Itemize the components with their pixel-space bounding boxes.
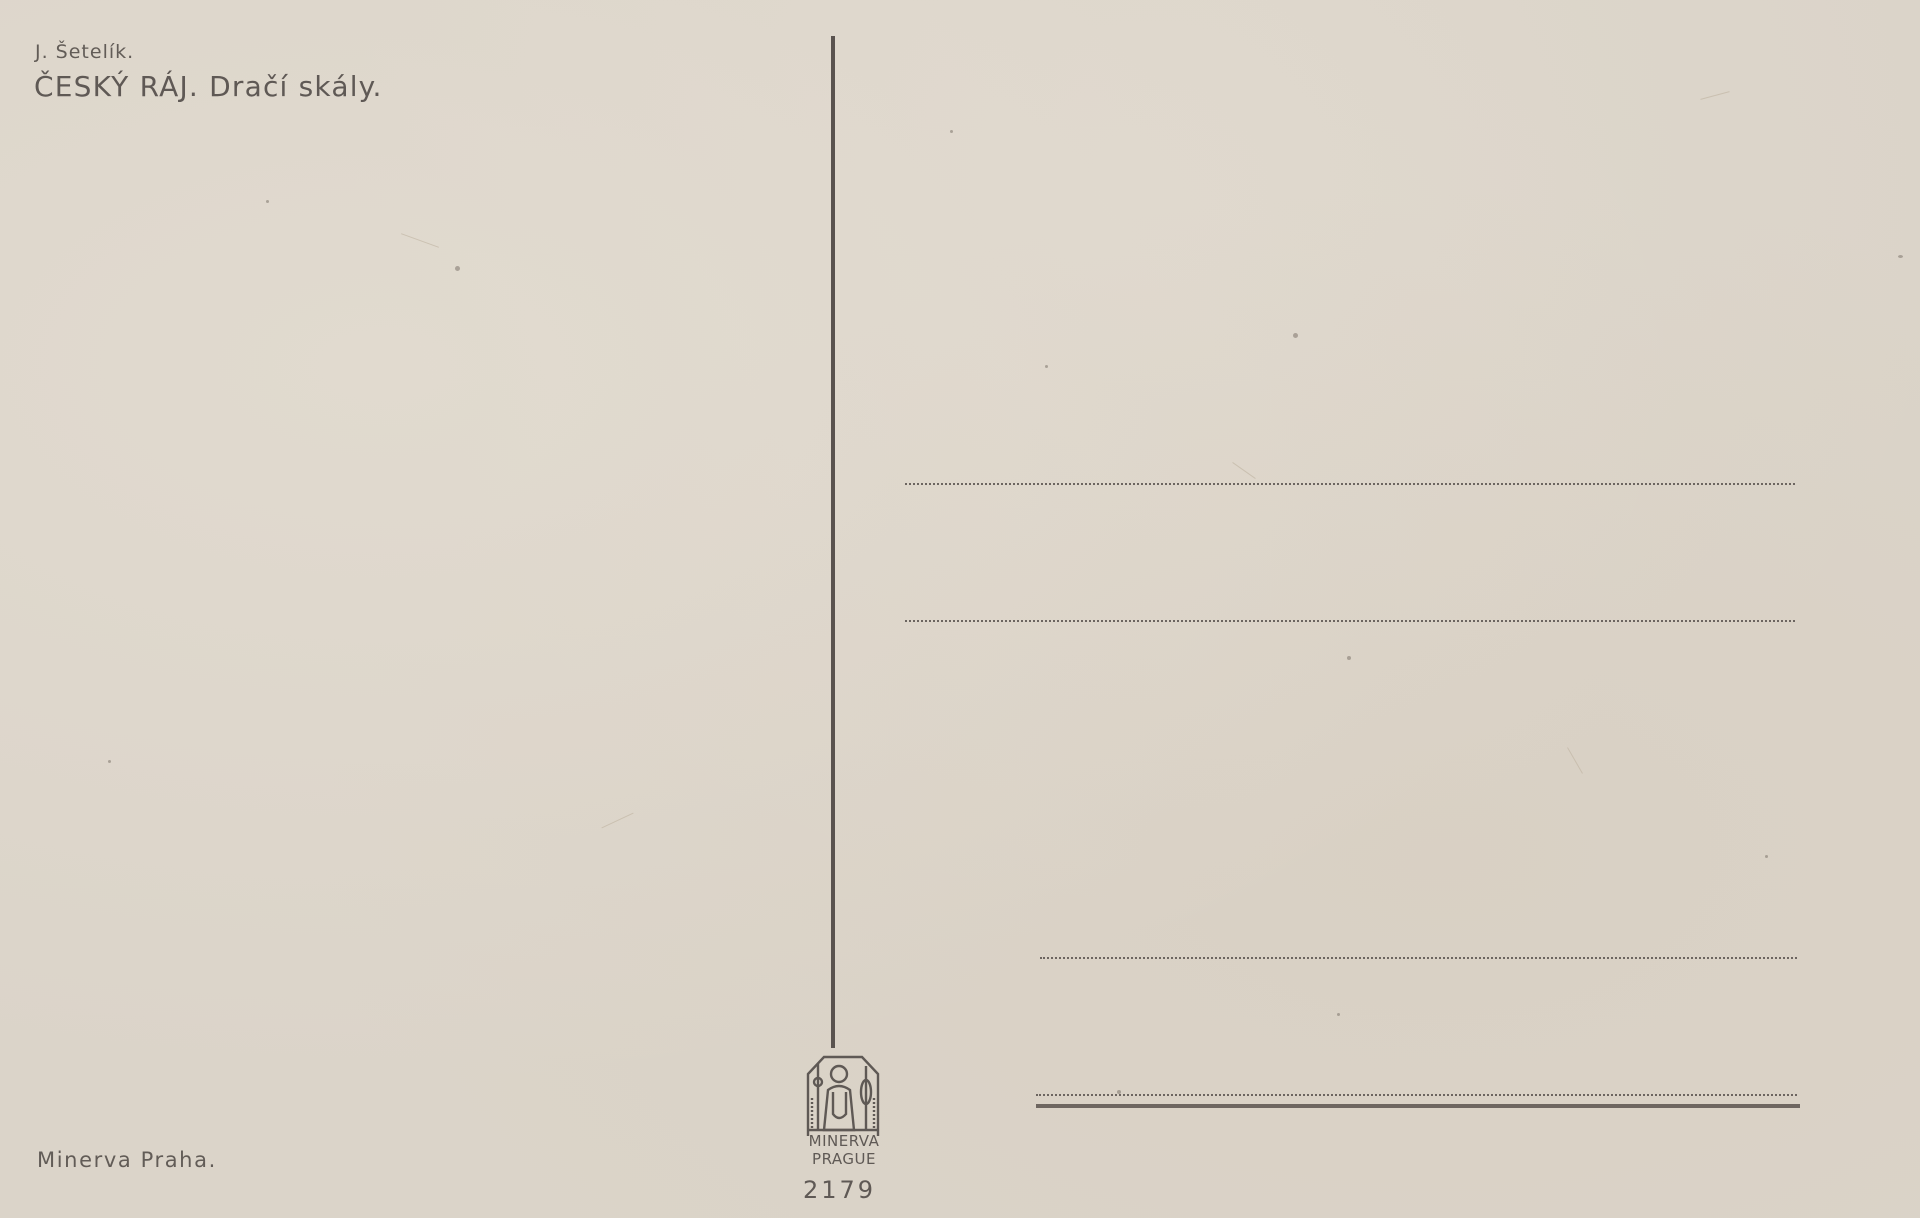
paper-speck	[455, 266, 460, 271]
paper-speck	[266, 200, 269, 203]
paper-speck	[1765, 855, 1768, 858]
address-underline-solid	[1036, 1104, 1800, 1108]
paper-speck	[950, 130, 953, 133]
address-line-dotted	[1036, 1094, 1797, 1096]
address-line-dotted	[905, 483, 1795, 485]
paper-fiber	[1232, 462, 1256, 479]
paper-fiber	[401, 233, 439, 248]
postcard-back	[0, 0, 1920, 1218]
paper-speck	[108, 760, 111, 763]
paper-fiber	[1567, 747, 1583, 773]
serial-number: 2179	[803, 1176, 876, 1204]
publisher-name: Minerva Praha.	[37, 1148, 217, 1172]
minerva-goddess-emblem-icon	[800, 1052, 886, 1136]
paper-speck	[1898, 255, 1903, 258]
postcard-title: ČESKÝ RÁJ. Dračí skály.	[34, 70, 383, 103]
paper-speck	[1337, 1013, 1340, 1016]
address-line-dotted	[905, 620, 1795, 622]
paper-fiber	[601, 813, 633, 829]
artist-name: J. Šetelík.	[35, 41, 134, 63]
center-divider-line	[831, 36, 835, 1048]
address-line-dotted	[1040, 957, 1797, 959]
logo-label-prague: PRAGUE	[801, 1151, 887, 1167]
paper-fiber	[1700, 91, 1729, 100]
paper-speck	[1045, 365, 1048, 368]
paper-speck	[1347, 656, 1351, 660]
logo-label-minerva: MINERVA	[801, 1133, 887, 1149]
paper-speck	[1293, 333, 1298, 338]
